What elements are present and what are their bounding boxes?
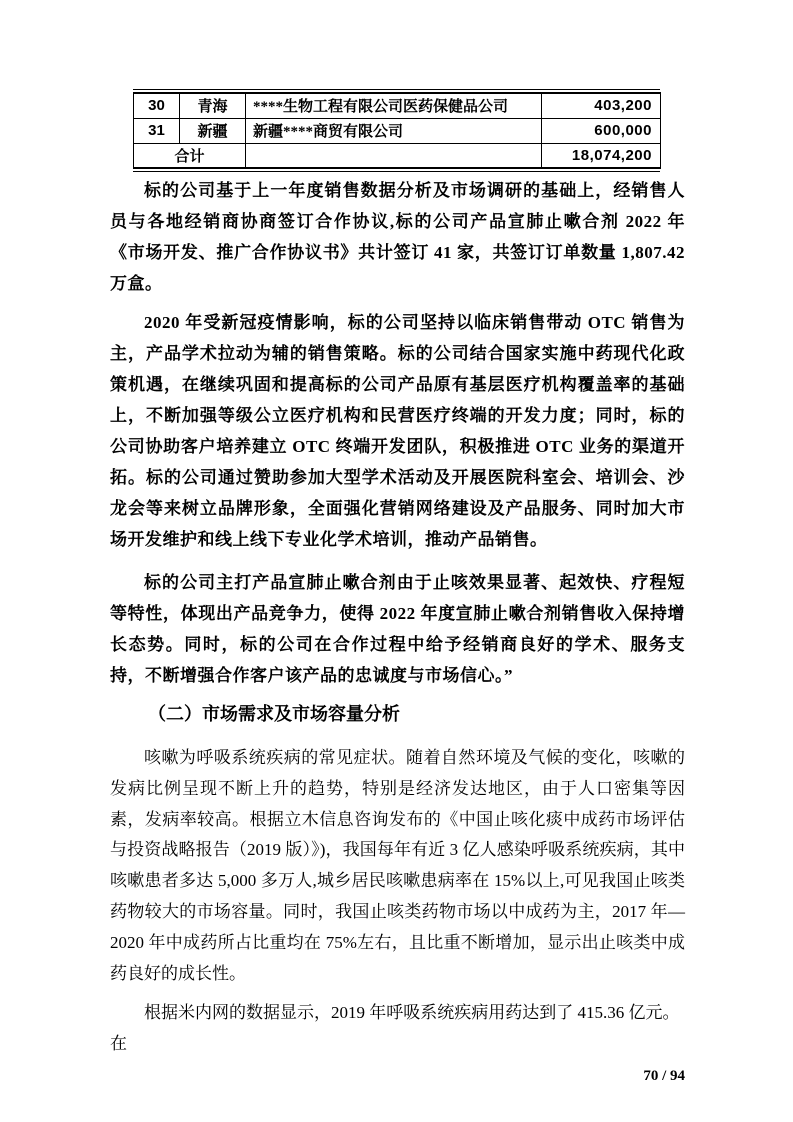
- row-number-cell: 30: [134, 93, 180, 118]
- paragraph-agreements: 标的公司基于上一年度销售数据分析及市场调研的基础上，经销售人员与各地经销商协商签…: [110, 175, 685, 299]
- table-total-row: 合计 18,074,200: [134, 143, 661, 168]
- paragraph-cough-market: 咳嗽为呼吸系统疾病的常见症状。随着自然环境及气候的变化，咳嗽的发病比例呈现不断上…: [110, 743, 685, 989]
- amount-cell: 600,000: [542, 118, 661, 143]
- paragraph-product-growth: 标的公司主打产品宣肺止嗽合剂由于止咳效果显著、起效快、疗程短等特性，体现出产品竞…: [110, 567, 685, 691]
- company-name-cell: ****生物工程有限公司医药保健品公司: [246, 93, 542, 118]
- document-page: 30 青海 ****生物工程有限公司医药保健品公司 403,200 31 新疆 …: [0, 0, 793, 1122]
- table-row: 30 青海 ****生物工程有限公司医药保健品公司 403,200: [134, 93, 661, 118]
- document-content: 30 青海 ****生物工程有限公司医药保健品公司 403,200 31 新疆 …: [110, 0, 685, 1060]
- distributor-sales-table-wrap: 30 青海 ****生物工程有限公司医药保健品公司 403,200 31 新疆 …: [133, 89, 660, 172]
- distributor-sales-table: 30 青海 ****生物工程有限公司医药保健品公司 403,200 31 新疆 …: [133, 92, 661, 169]
- section-heading-market-demand: （二）市场需求及市场容量分析: [110, 699, 685, 730]
- table-row: 31 新疆 新疆****商贸有限公司 600,000: [134, 118, 661, 143]
- page-number: 70 / 94: [110, 1068, 685, 1085]
- region-cell: 青海: [180, 93, 246, 118]
- total-label-cell: 合计: [134, 143, 246, 168]
- total-empty-cell: [246, 143, 542, 168]
- region-cell: 新疆: [180, 118, 246, 143]
- paragraph-sales-strategy: 2020 年受新冠疫情影响，标的公司坚持以临床销售带动 OTC 销售为主，产品学…: [110, 307, 685, 555]
- company-name-cell: 新疆****商贸有限公司: [246, 118, 542, 143]
- row-number-cell: 31: [134, 118, 180, 143]
- total-amount-cell: 18,074,200: [542, 143, 661, 168]
- paragraph-menet-data: 根据米内网的数据显示，2019 年呼吸系统疾病用药达到了 415.36 亿元。在: [110, 998, 685, 1060]
- amount-cell: 403,200: [542, 93, 661, 118]
